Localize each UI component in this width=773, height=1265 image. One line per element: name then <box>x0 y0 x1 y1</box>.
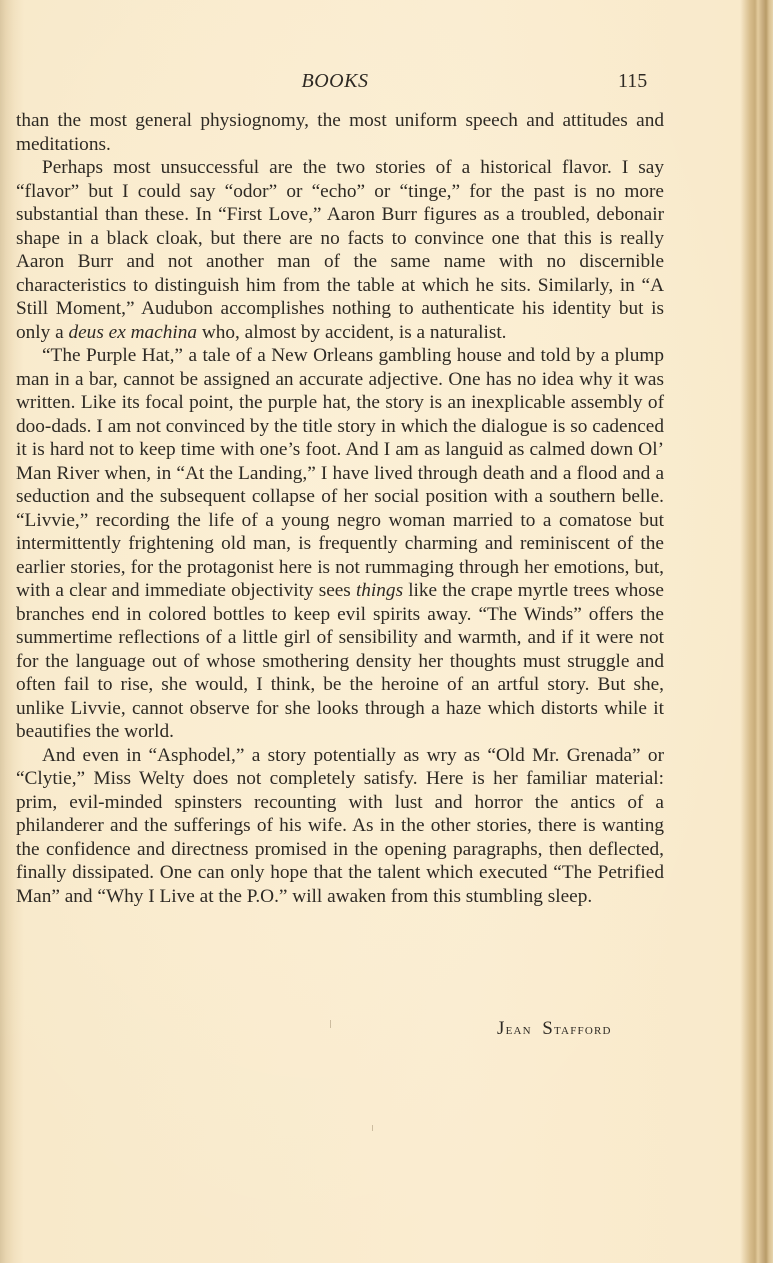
paragraph-text: like the crape myrtle trees whose branch… <box>16 580 664 742</box>
author-signature: Jean Stafford <box>497 1018 612 1040</box>
page-number: 115 <box>618 70 647 93</box>
paragraph-text: Perhaps most unsuccessful are the two st… <box>16 157 664 343</box>
running-head: BOOKS 115 <box>0 70 773 100</box>
paragraph-4: And even in “Asphodel,” a story potentia… <box>16 744 664 909</box>
paragraph-text: who, almost by accident, is a naturalist… <box>197 322 507 343</box>
paper-speck <box>372 1125 373 1131</box>
paragraph-text: “The Purple Hat,” a tale of a New Orlean… <box>16 345 664 601</box>
book-page: BOOKS 115 than the most general physiogn… <box>0 0 773 1265</box>
paper-speck <box>330 1020 331 1028</box>
italic-phrase: deus ex machina <box>68 322 197 343</box>
running-title: BOOKS <box>290 70 380 93</box>
paragraph-text: And even in “Asphodel,” a story potentia… <box>16 745 664 907</box>
paragraph-2: Perhaps most unsuccessful are the two st… <box>16 156 664 344</box>
italic-word: things <box>356 580 403 601</box>
paragraph-text: than the most general physiognomy, the m… <box>16 110 664 155</box>
paragraph-1: than the most general physiognomy, the m… <box>16 109 664 156</box>
article-body: than the most general physiognomy, the m… <box>16 109 664 908</box>
paragraph-3: “The Purple Hat,” a tale of a New Orlean… <box>16 344 664 744</box>
